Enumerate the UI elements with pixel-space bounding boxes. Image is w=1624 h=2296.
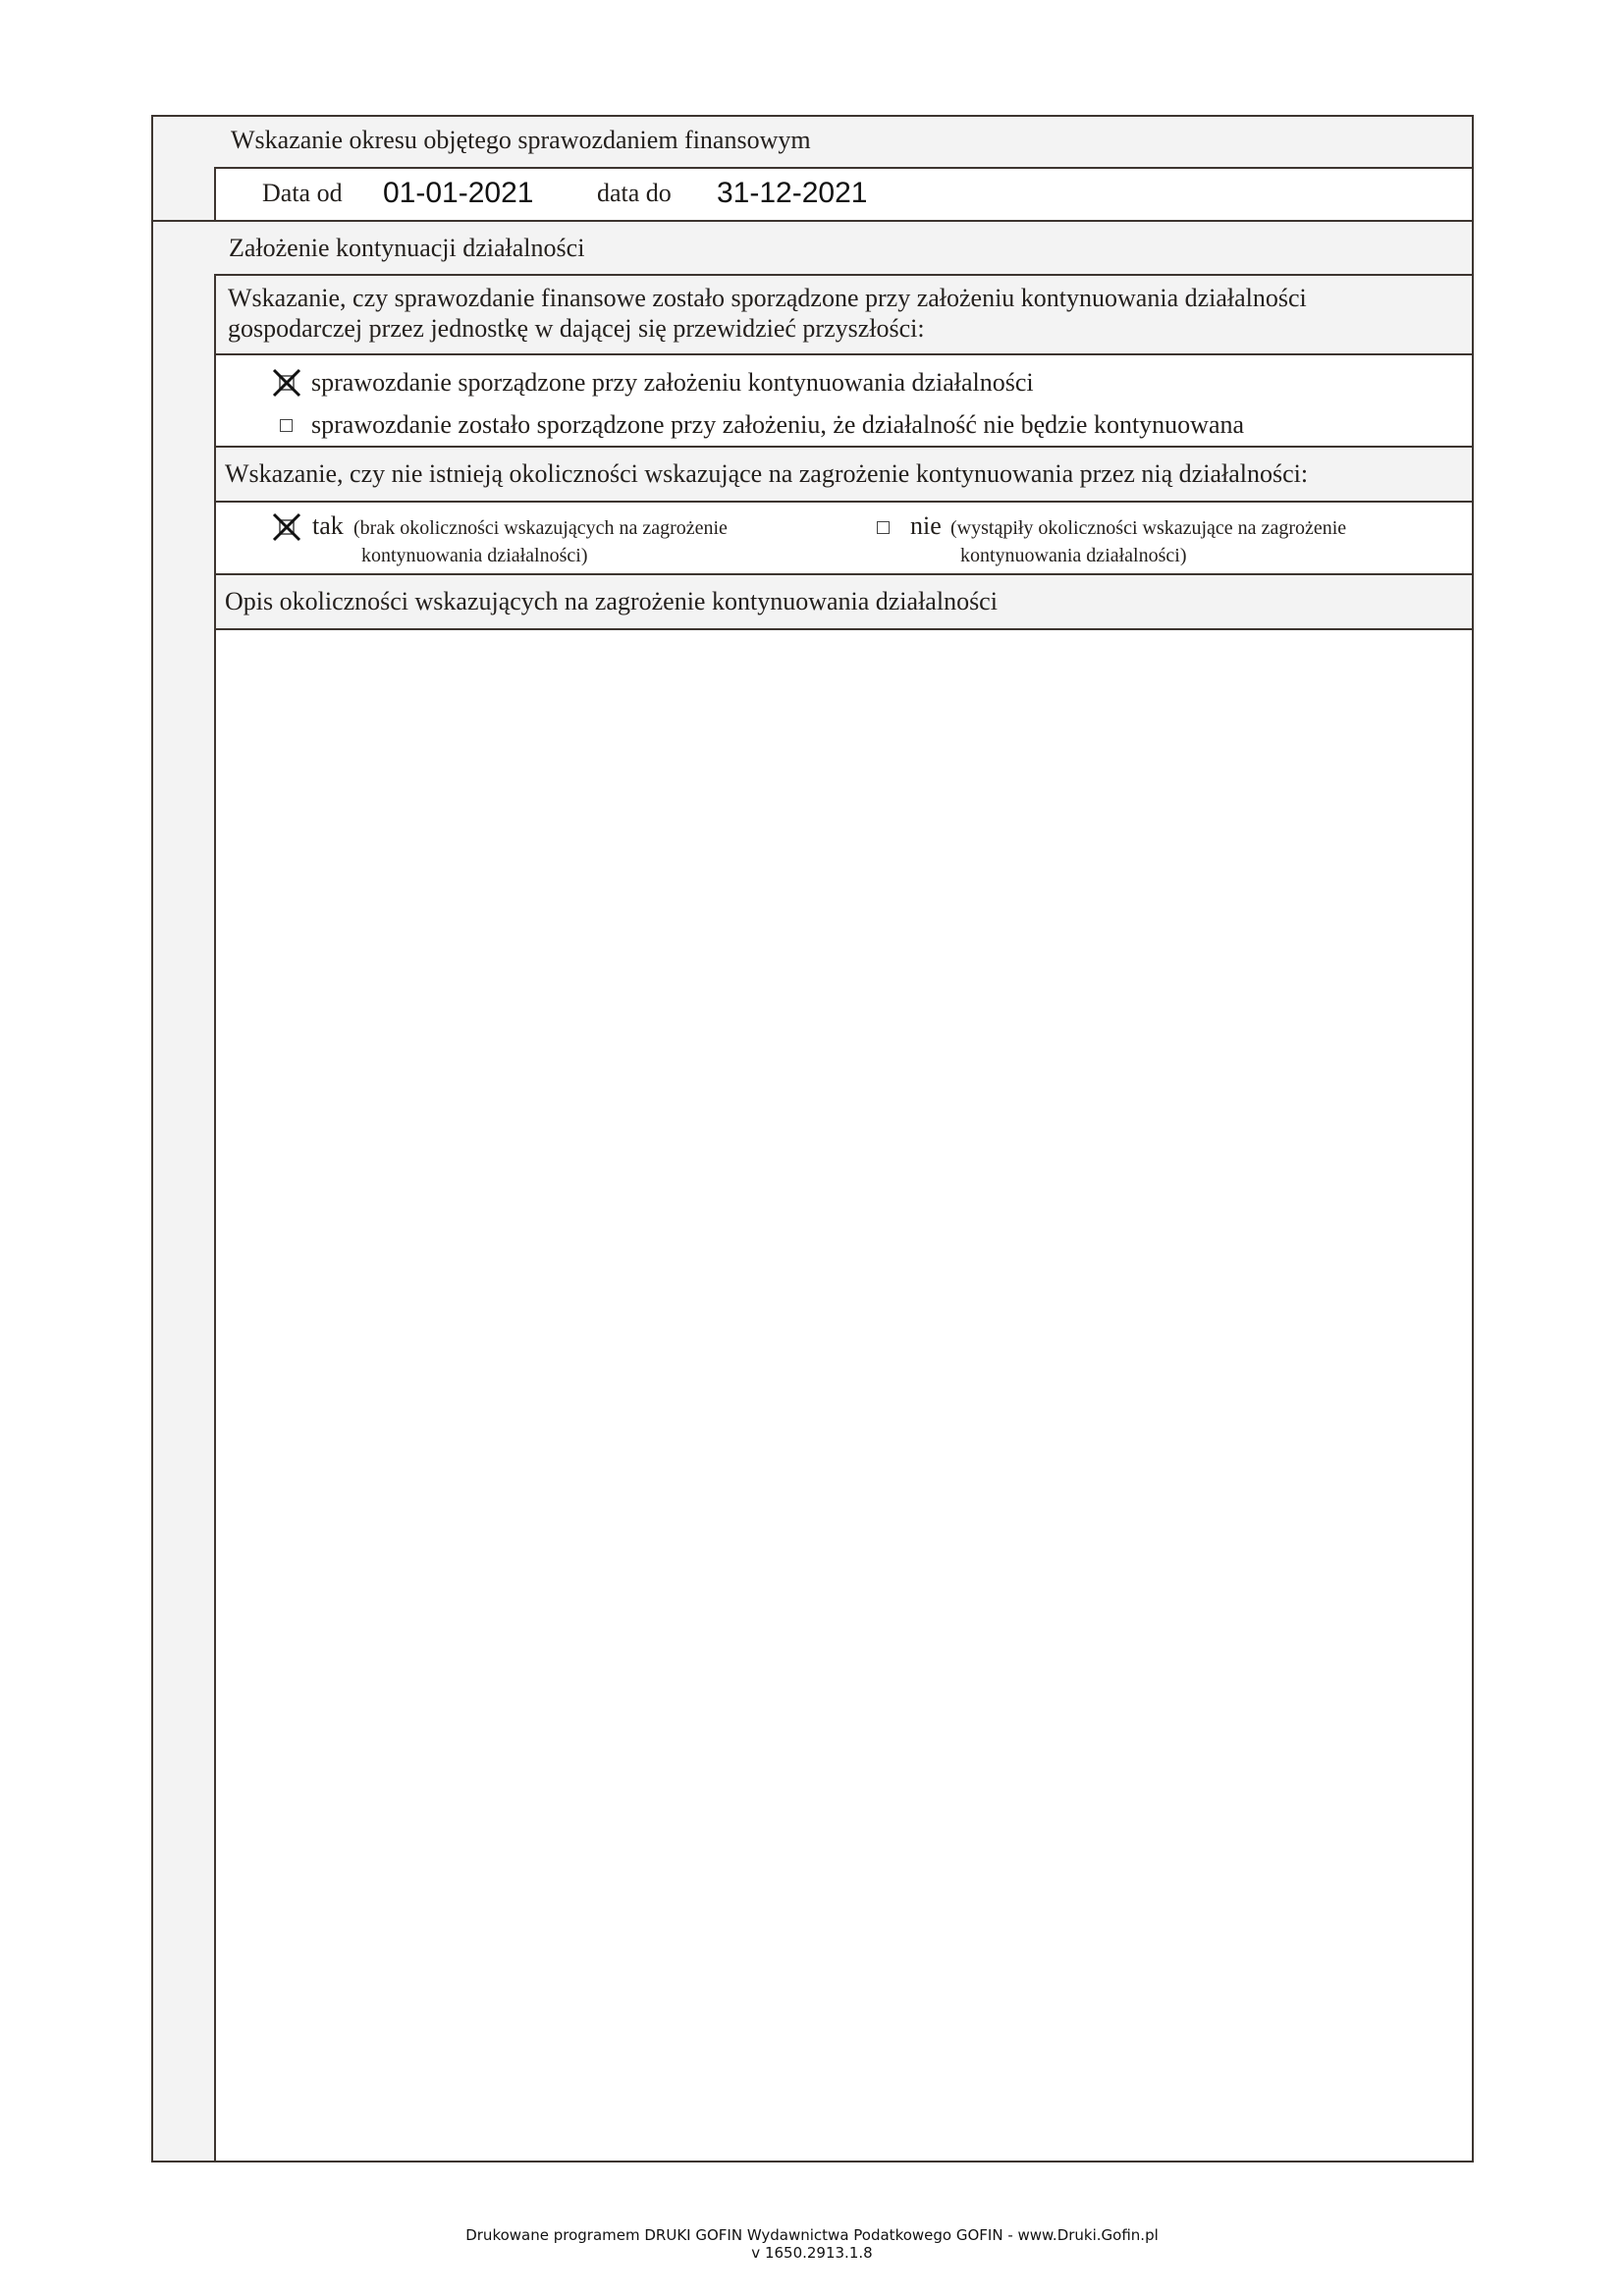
divider bbox=[215, 167, 1474, 169]
date-to-label: data do bbox=[597, 179, 672, 208]
description-field[interactable] bbox=[216, 629, 1472, 2161]
section-divider bbox=[151, 220, 1474, 222]
option-nie-note: (wystąpiły okoliczności wskazujące na za… bbox=[950, 516, 1346, 540]
option-nie-label: nie bbox=[910, 511, 942, 541]
option-continuation: sprawozdanie sporządzone przy założeniu … bbox=[311, 368, 1034, 398]
question1-line2: gospodarczej przez jednostkę w dającej s… bbox=[228, 314, 925, 344]
divider bbox=[214, 167, 216, 221]
continuation-section-title: Założenie kontynuacji działalności bbox=[229, 234, 584, 263]
checkbox-checked-icon[interactable] bbox=[272, 368, 301, 398]
option-nie-note: kontynuowania działalności) bbox=[960, 544, 1187, 567]
footer-printed-by: Drukowane programem DRUKI GOFIN Wydawnic… bbox=[0, 2226, 1624, 2244]
description-title: Opis okoliczności wskazujących na zagroż… bbox=[225, 587, 998, 616]
option-tak-label: tak bbox=[312, 511, 344, 541]
divider bbox=[214, 274, 1474, 276]
footer-version: v 1650.2913.1.8 bbox=[0, 2244, 1624, 2262]
question1-line1: Wskazanie, czy sprawozdanie finansowe zo… bbox=[228, 284, 1307, 313]
period-section-title: Wskazanie okresu objętego sprawozdaniem … bbox=[231, 126, 811, 155]
option-no-continuation: sprawozdanie zostało sporządzone przy za… bbox=[311, 410, 1244, 440]
divider bbox=[214, 446, 1474, 448]
option-tak-note: (brak okoliczności wskazujących na zagro… bbox=[353, 516, 728, 540]
divider bbox=[214, 501, 1474, 503]
divider bbox=[214, 353, 1474, 355]
date-to-field[interactable]: 31-12-2021 bbox=[717, 177, 867, 210]
checkbox-checked-icon[interactable] bbox=[272, 512, 301, 542]
date-from-label: Data od bbox=[262, 179, 343, 208]
checkbox-empty-icon[interactable] bbox=[280, 419, 293, 432]
checkbox-empty-icon[interactable] bbox=[877, 521, 890, 534]
date-from-field[interactable]: 01-01-2021 bbox=[383, 177, 533, 210]
divider bbox=[214, 573, 1474, 575]
question2-title: Wskazanie, czy nie istnieją okoliczności… bbox=[225, 459, 1308, 489]
option-tak-note: kontynuowania działalności) bbox=[361, 544, 588, 567]
divider bbox=[214, 628, 1474, 630]
